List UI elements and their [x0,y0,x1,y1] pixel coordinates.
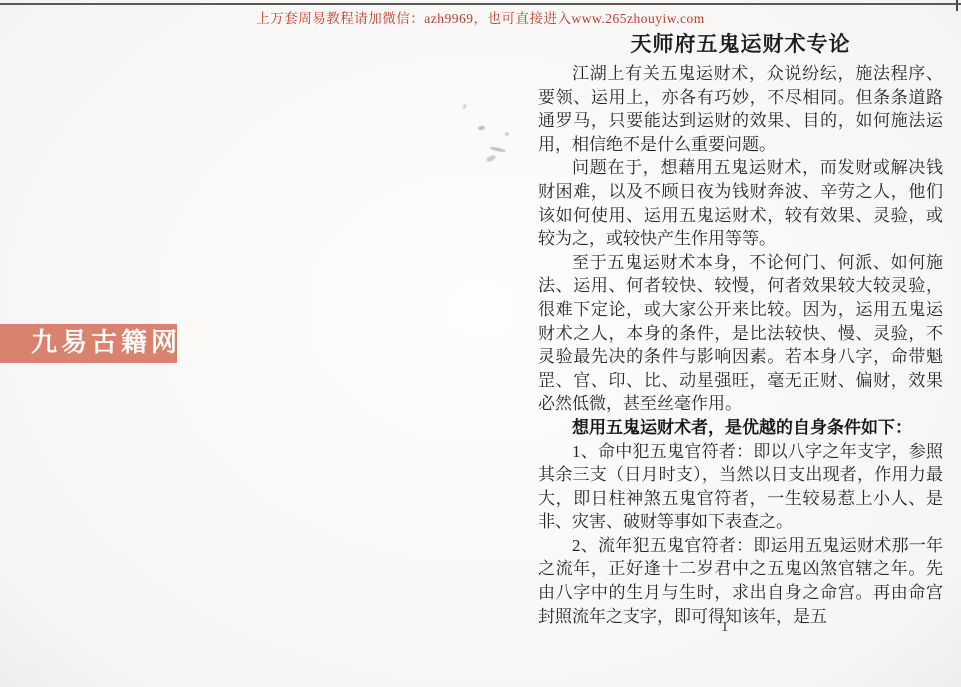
article-title: 天师府五鬼运财术专论 [538,31,943,58]
ink-smudge [485,154,496,163]
paragraph: 至于五鬼运财术本身，不论何门、何派、如何施法、运用、何者较快、较慢，何者效果较大… [538,251,943,416]
site-watermark-badge: 九易古籍网 [0,324,177,363]
ink-smudge [490,146,506,152]
paragraph: 问题在于，想藉用五鬼运财术，而发财或解决钱财困难，以及不顾日夜为钱财奔波、辛劳之… [538,156,943,250]
ink-smudge [505,132,509,136]
scanned-book-page: 上万套周易教程请加微信：azh9969，也可直接进入www.265zhouyiw… [0,0,961,687]
paragraph: 2、流年犯五鬼官符者：即运用五鬼运财术那一年之流年，正好逢十二岁君中之五鬼凶煞官… [538,534,943,628]
article-column: 天师府五鬼运财术专论 江湖上有关五鬼运财术，众说纷纭，施法程序、要领、运用上，亦… [538,31,943,628]
section-heading: 想用五鬼运财术者，是优越的自身条件如下： [538,416,943,440]
promo-header-text: 上万套周易教程请加微信：azh9969，也可直接进入www.265zhouyiw… [0,7,961,27]
ink-smudge [462,104,467,110]
page-number: 1 [721,619,729,636]
ink-smudge [478,125,486,131]
top-border-rule [0,3,961,5]
article-body: 江湖上有关五鬼运财术，众说纷纭，施法程序、要领、运用上，亦各有巧妙，不尽相同。但… [538,62,943,628]
paragraph: 江湖上有关五鬼运财术，众说纷纭，施法程序、要领、运用上，亦各有巧妙，不尽相同。但… [538,62,943,156]
paragraph: 1、命中犯五鬼官符者：即以八字之年支字，参照其余三支（日月时支），当然以日支出现… [538,440,943,534]
